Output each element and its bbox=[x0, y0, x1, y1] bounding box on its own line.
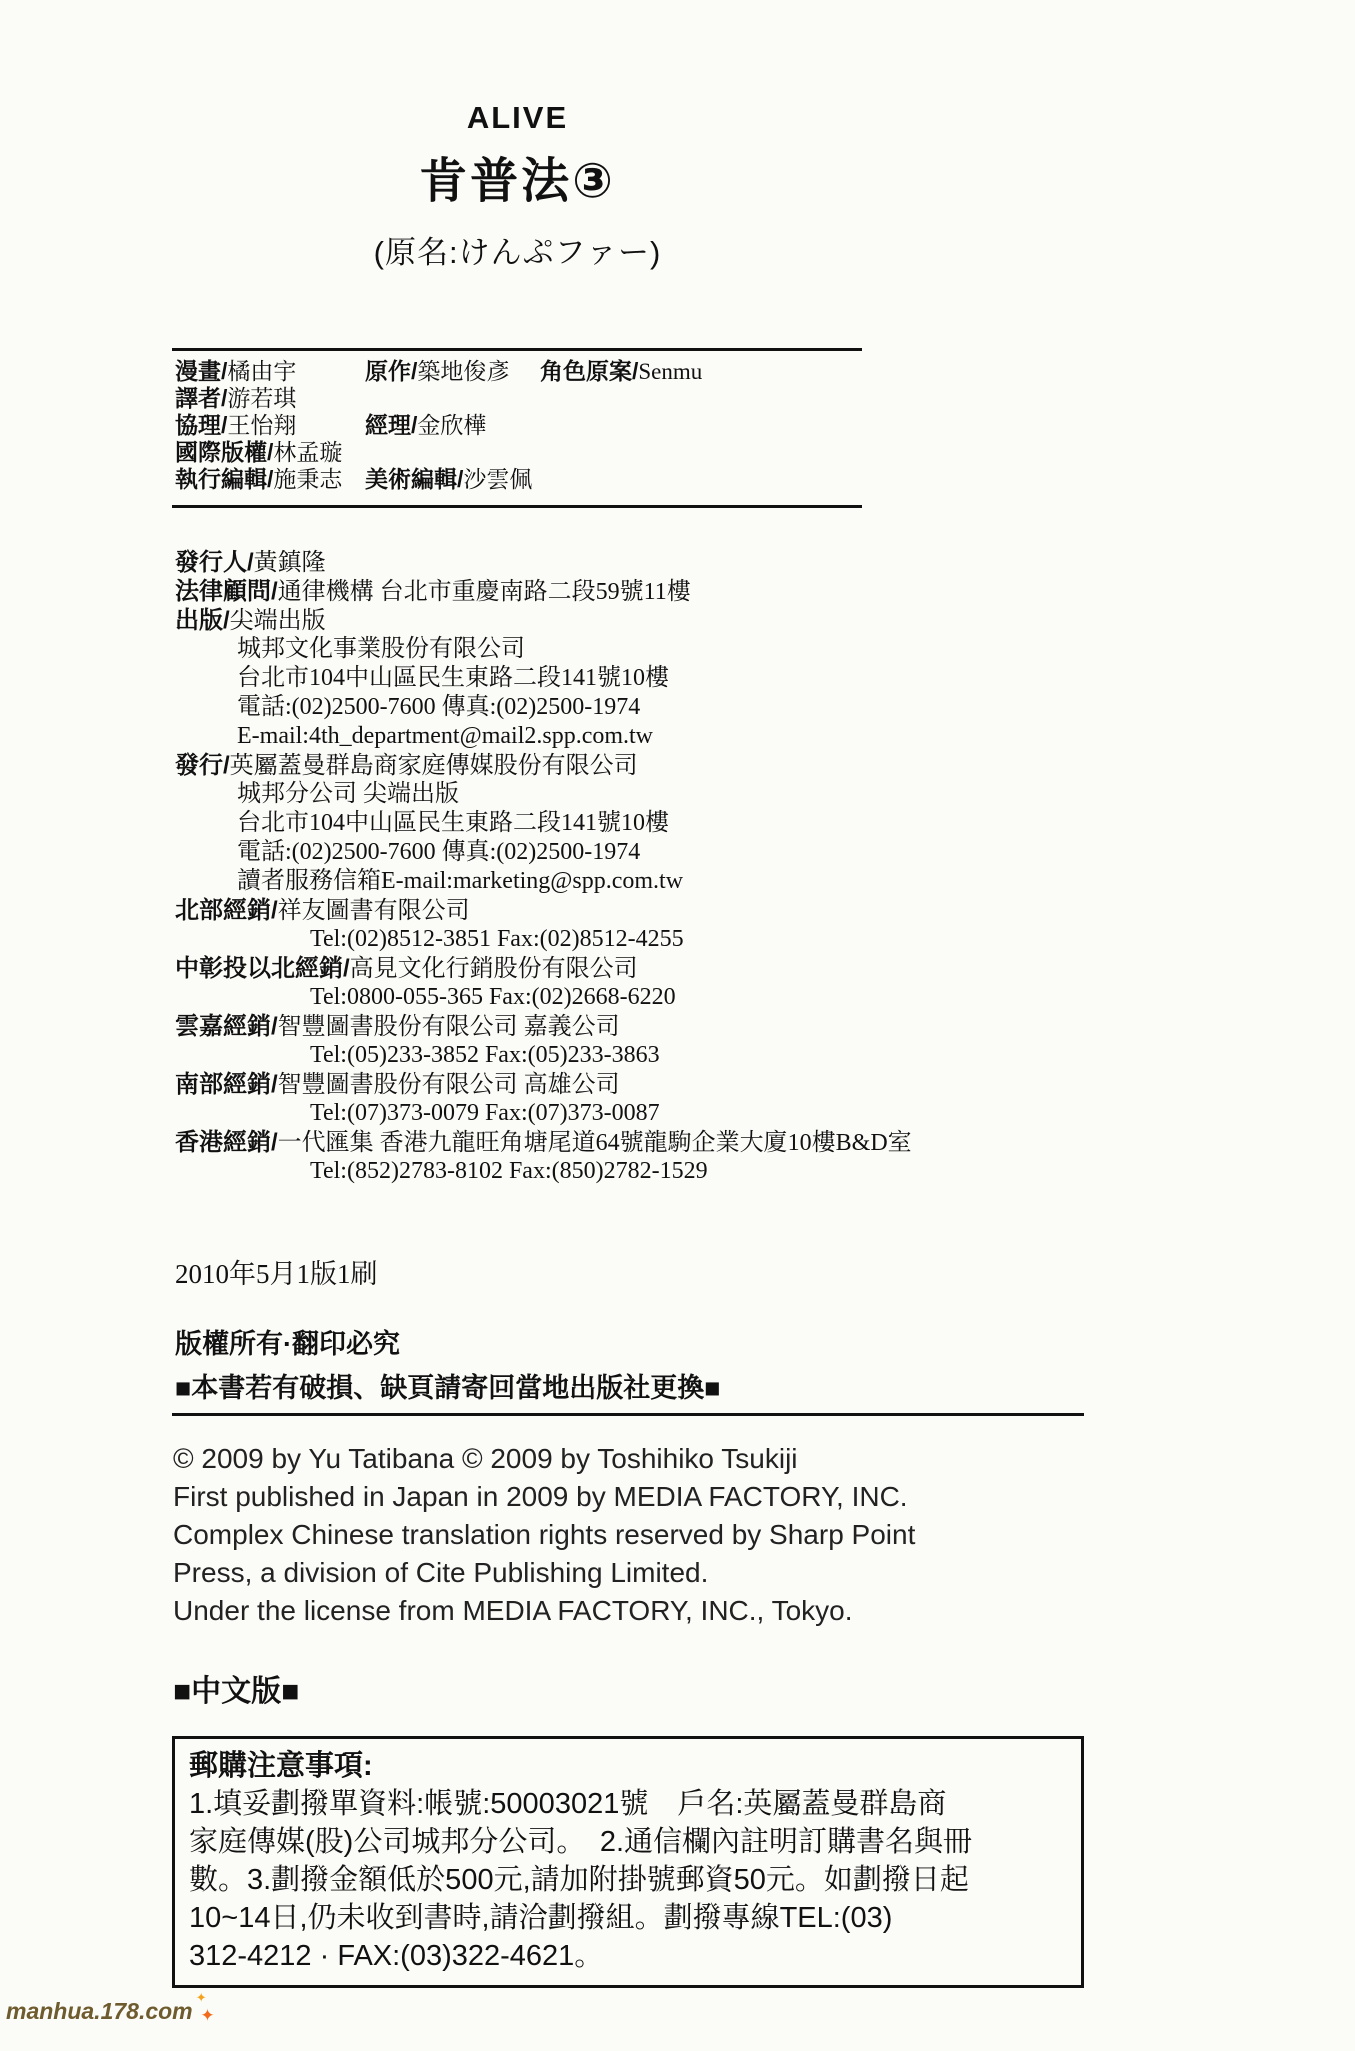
pub-value: 讀者服務信箱E-mail:marketing@spp.com.tw bbox=[237, 868, 683, 894]
publishing-info: 發行人/黃鎮隆 法律顧問/通律機構 台北市重慶南路二段59號11樓 出版/尖端出… bbox=[175, 548, 1175, 1186]
credit-value: 林孟璇 bbox=[273, 440, 342, 465]
publisher-company-line: 出版/尖端出版 bbox=[175, 606, 1175, 635]
yunjia-distributor-phone: Tel:(05)233-3852 Fax:(05)233-3863 bbox=[175, 1041, 1175, 1070]
legal-advisor-line: 法律顧問/通律機構 台北市重慶南路二段59號11樓 bbox=[175, 577, 1175, 606]
pub-label: 出版/ bbox=[175, 607, 230, 634]
pub-label: 法律顧問/ bbox=[175, 578, 278, 605]
divider-rights bbox=[172, 1413, 1084, 1416]
mail-order-line: 10~14日,仍未收到書時,請洽劃撥組。劃撥專線TEL:(03) bbox=[189, 1899, 1065, 1937]
copyright-line: Complex Chinese translation rights reser… bbox=[173, 1516, 1173, 1554]
credit-art-editor: 美術編輯/沙雲佩 bbox=[365, 466, 540, 493]
issuer-phone-line: 電話:(02)2500-7600 傳真:(02)2500-1974 bbox=[175, 838, 1175, 867]
english-copyright: © 2009 by Yu Tatibana © 2009 by Toshihik… bbox=[173, 1440, 1173, 1630]
credit-assistant-manager: 協理/王怡翔 bbox=[175, 412, 365, 439]
pub-value: 城邦文化事業股份有限公司 bbox=[237, 636, 525, 662]
pub-value: 台北市104中山區民生東路二段141號10樓 bbox=[237, 665, 669, 691]
north-distributor-phone: Tel:(02)8512-3851 Fax:(02)8512-4255 bbox=[175, 925, 1175, 954]
credit-value: 橘由宇 bbox=[227, 359, 296, 384]
hongkong-distributor-line: 香港經銷/一代匯集 香港九龍旺角塘尾道64號龍駒企業大廈10樓B&D室 bbox=[175, 1128, 1175, 1157]
pub-value: 台北市104中山區民生東路二段141號10樓 bbox=[237, 810, 669, 836]
north-distributor-line: 北部經銷/祥友圖書有限公司 bbox=[175, 896, 1175, 925]
south-distributor-line: 南部經銷/智豐圖書股份有限公司 高雄公司 bbox=[175, 1070, 1175, 1099]
title-block: ALIVE 肯普法③ (原名:けんぷファー) bbox=[0, 100, 1035, 272]
pub-label: 發行/ bbox=[175, 752, 230, 779]
pub-value: 智豐圖書股份有限公司 嘉義公司 bbox=[278, 1014, 620, 1040]
publisher-address-line: 台北市104中山區民生東路二段141號10樓 bbox=[175, 664, 1175, 693]
pub-value: 城邦分公司 尖端出版 bbox=[237, 781, 459, 807]
credit-manga: 漫畫/橘由宇 bbox=[175, 358, 365, 385]
pub-value: 祥友圖書有限公司 bbox=[278, 898, 470, 924]
credit-label: 原作/ bbox=[365, 358, 417, 384]
star-icon: ✦ bbox=[196, 1990, 207, 2006]
credit-value: 沙雲佩 bbox=[463, 467, 532, 492]
pub-value: 尖端出版 bbox=[230, 608, 326, 634]
pub-value: 智豐圖書股份有限公司 高雄公司 bbox=[278, 1072, 620, 1098]
credit-label: 譯者/ bbox=[175, 385, 227, 411]
pub-value: 電話:(02)2500-7600 傳真:(02)2500-1974 bbox=[237, 839, 640, 865]
credit-executive-editor: 執行編輯/施秉志 bbox=[175, 466, 365, 493]
credit-label: 協理/ bbox=[175, 412, 227, 438]
pub-value: Tel:(852)2783-8102 Fax:(850)2782-1529 bbox=[310, 1158, 708, 1184]
chinese-edition-label: ■中文版■ bbox=[173, 1666, 299, 1710]
pub-value: Tel:(05)233-3852 Fax:(05)233-3863 bbox=[310, 1042, 660, 1068]
issuer-branch-line: 城邦分公司 尖端出版 bbox=[175, 780, 1175, 809]
watermark-text: manhua.178.com bbox=[6, 1998, 193, 2024]
mail-order-line: 數。3.劃撥金額低於500元,請加附掛號郵資50元。如劃撥日起 bbox=[189, 1861, 1065, 1899]
publisher-detail-line: 城邦文化事業股份有限公司 bbox=[175, 635, 1175, 664]
divider-top bbox=[172, 348, 862, 351]
mail-order-box: 郵購注意事項: 1.填妥劃撥單資料:帳號:50003021號 戶名:英屬蓋曼群島… bbox=[172, 1736, 1084, 1988]
hongkong-distributor-phone: Tel:(852)2783-8102 Fax:(850)2782-1529 bbox=[175, 1157, 1175, 1186]
credits-row: 協理/王怡翔 經理/金欣樺 bbox=[175, 412, 1035, 439]
publisher-phone-line: 電話:(02)2500-7600 傳真:(02)2500-1974 bbox=[175, 693, 1175, 722]
credit-value: 金欣樺 bbox=[417, 413, 486, 438]
pub-value: E-mail:4th_department@mail2.spp.com.tw bbox=[237, 723, 653, 749]
publisher-line: 發行人/黃鎮隆 bbox=[175, 548, 1175, 577]
credit-manager: 經理/金欣樺 bbox=[365, 412, 540, 439]
rights-notice: 版權所有·翻印必究 ■本書若有破損、缺頁請寄回當地出版社更換■ bbox=[175, 1322, 721, 1410]
credit-original-story: 原作/築地俊彥 bbox=[365, 358, 540, 385]
credits-row: 譯者/游若琪 bbox=[175, 385, 1035, 412]
pub-value: Tel:0800-055-365 Fax:(02)2668-6220 bbox=[310, 984, 676, 1010]
yunjia-distributor-line: 雲嘉經銷/智豐圖書股份有限公司 嘉義公司 bbox=[175, 1012, 1175, 1041]
publisher-email-line: E-mail:4th_department@mail2.spp.com.tw bbox=[175, 722, 1175, 751]
pub-value: 高見文化行銷股份有限公司 bbox=[350, 956, 638, 982]
mail-order-line: 1.填妥劃撥單資料:帳號:50003021號 戶名:英屬蓋曼群島商 bbox=[189, 1785, 1065, 1823]
edition-date: 2010年5月1版1刷 bbox=[175, 1252, 378, 1291]
copyright-line: © 2009 by Yu Tatibana © 2009 by Toshihik… bbox=[173, 1440, 1173, 1478]
pub-label: 發行人/ bbox=[175, 549, 254, 576]
pub-label: 南部經銷/ bbox=[175, 1071, 278, 1098]
series-title: ALIVE bbox=[0, 100, 1035, 136]
copyright-line: First published in Japan in 2009 by MEDI… bbox=[173, 1478, 1173, 1516]
credits-row: 執行編輯/施秉志 美術編輯/沙雲佩 bbox=[175, 466, 1035, 493]
credit-value: Senmu bbox=[638, 359, 702, 384]
book-title: 肯普法③ bbox=[0, 142, 1035, 211]
central-distributor-line: 中彰投以北經銷/高見文化行銷股份有限公司 bbox=[175, 954, 1175, 983]
copyright-line: Press, a division of Cite Publishing Lim… bbox=[173, 1554, 1173, 1592]
credit-value: 施秉志 bbox=[273, 467, 342, 492]
pub-value: 黃鎮隆 bbox=[254, 550, 326, 576]
central-distributor-phone: Tel:0800-055-365 Fax:(02)2668-6220 bbox=[175, 983, 1175, 1012]
site-watermark: manhua.178.com ✦ ✦ bbox=[6, 1998, 193, 2025]
pub-value: Tel:(07)373-0079 Fax:(07)373-0087 bbox=[310, 1100, 660, 1126]
credit-value: 游若琪 bbox=[227, 386, 296, 411]
mail-order-line: 家庭傳媒(股)公司城邦分公司。 2.通信欄內註明訂購書名與冊 bbox=[189, 1823, 1065, 1861]
credits-table: 漫畫/橘由宇 原作/築地俊彥 角色原案/Senmu 譯者/游若琪 協理/王怡翔 … bbox=[175, 358, 1035, 493]
mail-order-heading: 郵購注意事項: bbox=[189, 1747, 1065, 1785]
pub-label: 香港經銷/ bbox=[175, 1129, 278, 1156]
credit-international-rights: 國際版權/林孟璇 bbox=[175, 439, 365, 466]
star-icon: ✦ bbox=[200, 2006, 214, 2026]
credit-translator: 譯者/游若琪 bbox=[175, 385, 365, 412]
colophon-page: ALIVE 肯普法③ (原名:けんぷファー) 漫畫/橘由宇 原作/築地俊彥 角色… bbox=[0, 0, 1355, 2051]
credit-label: 角色原案/ bbox=[540, 358, 638, 384]
credit-value: 王怡翔 bbox=[227, 413, 296, 438]
copyright-line: Under the license from MEDIA FACTORY, IN… bbox=[173, 1592, 1173, 1630]
pub-value: 電話:(02)2500-7600 傳真:(02)2500-1974 bbox=[237, 694, 640, 720]
original-title: (原名:けんぷファー) bbox=[0, 227, 1035, 272]
credit-label: 執行編輯/ bbox=[175, 466, 273, 492]
mail-order-line: 312-4212 · FAX:(03)322-4621。 bbox=[189, 1937, 1065, 1975]
credit-label: 國際版權/ bbox=[175, 439, 273, 465]
pub-label: 北部經銷/ bbox=[175, 897, 278, 924]
pub-value: 一代匯集 香港九龍旺角塘尾道64號龍駒企業大廈10樓B&D室 bbox=[278, 1130, 912, 1156]
pub-label: 中彰投以北經銷/ bbox=[175, 955, 350, 982]
credit-character-design: 角色原案/Senmu bbox=[540, 358, 702, 385]
issuer-line: 發行/英屬蓋曼群島商家庭傳媒股份有限公司 bbox=[175, 751, 1175, 780]
credit-value: 築地俊彥 bbox=[417, 359, 509, 384]
credit-label: 漫畫/ bbox=[175, 358, 227, 384]
pub-label: 雲嘉經銷/ bbox=[175, 1013, 278, 1040]
pub-value: Tel:(02)8512-3851 Fax:(02)8512-4255 bbox=[310, 926, 684, 952]
south-distributor-phone: Tel:(07)373-0079 Fax:(07)373-0087 bbox=[175, 1099, 1175, 1128]
credits-row: 漫畫/橘由宇 原作/築地俊彥 角色原案/Senmu bbox=[175, 358, 1035, 385]
issuer-service-email-line: 讀者服務信箱E-mail:marketing@spp.com.tw bbox=[175, 867, 1175, 896]
rights-line-1: 版權所有·翻印必究 bbox=[175, 1322, 721, 1366]
issuer-address-line: 台北市104中山區民生東路二段141號10樓 bbox=[175, 809, 1175, 838]
rights-line-2: ■本書若有破損、缺頁請寄回當地出版社更換■ bbox=[175, 1366, 721, 1410]
credit-label: 經理/ bbox=[365, 412, 417, 438]
credits-row: 國際版權/林孟璇 bbox=[175, 439, 1035, 466]
pub-value: 英屬蓋曼群島商家庭傳媒股份有限公司 bbox=[230, 753, 638, 779]
divider-credits bbox=[172, 505, 862, 508]
credit-label: 美術編輯/ bbox=[365, 466, 463, 492]
pub-value: 通律機構 台北市重慶南路二段59號11樓 bbox=[278, 579, 691, 605]
